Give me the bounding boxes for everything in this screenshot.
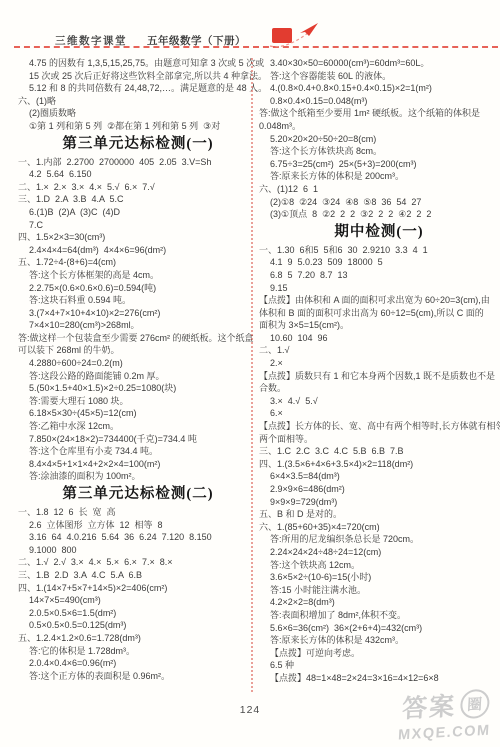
watermark: 答案 圈 MXQE.COM — [398, 684, 493, 743]
answer-line: 5.6×6=36(cm²) 36×(2+6+4)=432(cm³) — [259, 622, 499, 635]
answer-line: 7.C — [18, 219, 258, 232]
answer-line: 【点拨】长方体的长、宽、高中有两个相等时,长方体就有相邻 — [259, 420, 499, 433]
answer-line: 10.60 104 96 — [259, 332, 499, 345]
answer-line: 答:这个长方体框架的高是 4cm。 — [18, 269, 258, 282]
answer-line: 0.5×0.5×0.5=0.125(dm³) — [18, 619, 258, 632]
answer-line: 二、1.√ — [259, 344, 499, 357]
answer-line: 答:它的体积是 1.728dm³。 — [18, 645, 258, 658]
answer-line: 二、1.√ 2.√ 3.× 4.× 5.× 6.× 7.× 8.× — [18, 556, 258, 569]
answer-line: 4.2 5.64 6.150 — [18, 168, 258, 181]
right-column: 3.40×30×50=60000(cm³)=60dm³=60L。答:这个容器能装… — [259, 57, 499, 685]
answer-line: 6.75÷3=25(cm²) 25×(5+3)=200(cm³) — [259, 158, 499, 171]
answer-line: 六、(1)略 — [18, 95, 258, 108]
answer-line: 答:这块石料重 0.594 吨。 — [18, 294, 258, 307]
answer-line: (2)圈质数略 — [18, 107, 258, 120]
answer-line: 8.4×4×5+1×1×4+2×2×4=100(m²) — [18, 458, 258, 471]
answer-line: 答:这个容器能装 60L 的液体。 — [259, 70, 499, 83]
section-heading: 期中检测(一) — [259, 221, 499, 244]
answer-line: 一、1.30 6和5 5和6 30 2.9210 3.3 4 1 — [259, 244, 499, 257]
answer-line: 一、1.8 12 6 长 宽 高 — [18, 506, 258, 519]
answer-line: 面积为 3×5=15(cm²)。 — [259, 319, 499, 332]
answer-line: 体积和 B 面的面积可求出高为 60÷12=5(cm),所以 C 面的 — [259, 307, 499, 320]
section-heading: 第三单元达标检测(二) — [18, 483, 258, 506]
answer-line: 合数。 — [259, 382, 499, 395]
answer-line: 【点拨】48=1×48=2×24=3×16=4×12=6×8 — [259, 672, 499, 685]
answer-line: 2.24×24×24÷48÷24=12(cm) — [259, 546, 499, 559]
answer-line: 6.5 种 — [259, 659, 499, 672]
answer-line: 二、1.× 2.× 3.× 4.× 5.√ 6.× 7.√ — [18, 181, 258, 194]
answer-line: 答:原来长方体的体积是 200cm³。 — [259, 170, 499, 183]
answer-line: 答:这个铁块高 12cm。 — [259, 559, 499, 572]
answer-line: 答:表面积增加了 8dm²,体积不变。 — [259, 609, 499, 622]
answer-line: 四、1.5×2×3=30(cm³) — [18, 231, 258, 244]
answer-line: 0.8×0.4×0.15=0.048(m³) — [259, 95, 499, 108]
answer-line: 三、1.B 2.D 3.A 4.C 5.A 6.B — [18, 569, 258, 582]
section-heading: 第三单元达标检测(一) — [18, 133, 258, 156]
answer-line: 6.(1)B (2)A (3)C (4)D — [18, 206, 258, 219]
watermark-logo: 答案 圈 — [399, 684, 493, 725]
answer-line: 3.6×5×2÷(10-6)=15(小时) — [259, 571, 499, 584]
answer-line: 答:这段公路的路面能铺 0.2m 厚。 — [18, 370, 258, 383]
answer-line: 【点拨】质数只有 1 和它本身两个因数,1 既不是质数也不是 — [259, 370, 499, 383]
answer-line: 答:这个长方体铁块高 8cm。 — [259, 145, 499, 158]
answer-line: 14×7×5=490(cm³) — [18, 594, 258, 607]
answer-line: 2.0.4×0.4×6=0.96(m²) — [18, 657, 258, 670]
answer-line: 答:乙箱中水深 12cm。 — [18, 420, 258, 433]
answer-line: 15 次或 25 次后正好将这些饮料全部拿完,所以共 4 种拿法。 — [18, 70, 258, 83]
answer-line: 六、(1)12 6 1 — [259, 183, 499, 196]
answer-line: 答:涂油漆的面积为 100m²。 — [18, 470, 258, 483]
answer-line: 2.× — [259, 357, 499, 370]
answer-line: 2.2.75×(0.6×0.6×0.6)=0.594(吨) — [18, 282, 258, 295]
answer-line: 2.6 立体图形 立方体 12 相等 8 — [18, 519, 258, 532]
answer-line: (3)①顶点 8 ②2 2 2 ③2 2 2 ④2 2 2 — [259, 208, 499, 221]
answer-line: 答:这个仓库里有小麦 734.4 吨。 — [18, 445, 258, 458]
answer-line: 0.048m³。 — [259, 120, 499, 133]
answer-line: 2.9×9×6=486(dm²) — [259, 483, 499, 496]
answer-line: 【点拨】可逆向考虑。 — [259, 647, 499, 660]
answer-line: 答:需要大理石 1080 块。 — [18, 395, 258, 408]
answer-line: 五、1.72÷4-(8+6)=4(cm) — [18, 256, 258, 269]
answer-line: 【点拨】由体积和 A 面的面积可求出宽为 60÷20=3(cm),由 — [259, 294, 499, 307]
answer-line: 9.1000 800 — [18, 544, 258, 557]
answer-line: 6.8 5 7.20 8.7 13 — [259, 269, 499, 282]
answer-line: 答:15 小时能注满水池。 — [259, 584, 499, 597]
answer-line: 五、B 和 D 是对的。 — [259, 508, 499, 521]
answer-line: 3.40×30×50=60000(cm³)=60dm³=60L。 — [259, 57, 499, 70]
flag-icon — [272, 28, 292, 43]
answer-line: 六、1.(85+60+35)×4=720(cm) — [259, 521, 499, 534]
answer-line: 6.× — [259, 407, 499, 420]
watermark-logo-text: 答案 — [402, 686, 458, 725]
paper-plane-icon — [300, 23, 318, 36]
answer-line: 7.850×(24×18×2)=734400(千克)=734.4 吨 — [18, 433, 258, 446]
answer-line: 3.16 64 4.0.216 5.64 36 6.24 7.120 8.150 — [18, 531, 258, 544]
answer-line: 5.20×20×20÷50÷20=8(cm) — [259, 133, 499, 146]
answer-line: 5.12 和 8 的共同倍数有 24,48,72,…。满足题意的是 48 人。 — [18, 82, 258, 95]
watermark-site: MXQE.COM — [398, 723, 491, 744]
answer-line: 4.2×2×2=8(dm³) — [259, 596, 499, 609]
answer-line: 答:所用的尼龙编织条总长是 720cm。 — [259, 533, 499, 546]
watermark-circle-icon: 圈 — [460, 688, 490, 719]
answer-line: 三、1.D 2.A 3.B 4.A 5.C — [18, 193, 258, 206]
answer-line: 4.2880÷600÷24=0.2(m) — [18, 357, 258, 370]
answer-line: 两个面相等。 — [259, 433, 499, 446]
answer-line: ①第 1 列和第 5 列 ②都在第 1 列和第 5 列 ③对 — [18, 120, 258, 133]
column-divider — [251, 58, 253, 692]
answer-line: 答:做这样一个包装盒至少需要 276cm² 的硬纸板。这个纸盒 — [18, 332, 258, 345]
answer-line: 9.15 — [259, 282, 499, 295]
header-graphic — [266, 20, 322, 50]
left-column: 4.75 的因数有 1,3,5,15,25,75。由题意可知拿 3 次或 5 次… — [18, 57, 258, 682]
answer-line: 4.(0.8×0.4+0.8×0.15+0.4×0.15)×2=1(m²) — [259, 82, 499, 95]
answer-line: 答:原来长方体的体积是 432cm³。 — [259, 634, 499, 647]
answer-line: 2.0.5×0.5×6=1.5(dm²) — [18, 607, 258, 620]
workbook-answer-page: 三维数字课堂 五年级数学（下册） 4.75 的因数有 1,3,5,15,25,7… — [0, 0, 500, 747]
answer-line: 答:做这个纸箱至少要用 1m² 硬纸板。这个纸箱的体积是 — [259, 107, 499, 120]
answer-line: 3.× 4.√ 5.√ — [259, 395, 499, 408]
answer-line: 四、1.(14×7+5×7+14×5)×2=406(cm²) — [18, 582, 258, 595]
answer-line: 7×4×10=280(cm³)>268ml。 — [18, 319, 258, 332]
answer-line: 三、1.C 2.C 3.C 4.C 5.B 6.B 7.B — [259, 445, 499, 458]
answer-line: 五、1.2.4×1.2×0.6=1.728(dm³) — [18, 632, 258, 645]
answer-line: 9×9×9=729(dm³) — [259, 496, 499, 509]
answer-line: 4.1 9 5.0.23 509 18000 5 — [259, 256, 499, 269]
answer-line: 一、1.内部 2.2700 2700000 405 2.05 3.V=Sh — [18, 156, 258, 169]
answer-line: 四、1.(3.5×6+4×6+3.5×4)×2=118(dm²) — [259, 458, 499, 471]
header-dashed-rule — [14, 46, 498, 48]
answer-line: 6.18×5×30÷(45×5)=12(cm) — [18, 407, 258, 420]
answer-line: 可以装下 268ml 的牛奶。 — [18, 344, 258, 357]
answer-line: (2)①8 ②24 ③24 ④8 ⑤8 36 54 27 — [259, 196, 499, 209]
answer-line: 4.75 的因数有 1,3,5,15,25,75。由题意可知拿 3 次或 5 次… — [18, 57, 258, 70]
answer-line: 2.4×4×4=64(dm³) 4×4×6=96(dm²) — [18, 244, 258, 257]
answer-line: 答:这个正方体的表面积是 0.96m²。 — [18, 670, 258, 683]
answer-line: 6×4×3.5=84(dm³) — [259, 470, 499, 483]
answer-line: 3.(7×4+7×10+4×10)×2=276(cm²) — [18, 307, 258, 320]
answer-line: 5.(50×1.5+40×1.5)×2÷0.25=1080(块) — [18, 382, 258, 395]
